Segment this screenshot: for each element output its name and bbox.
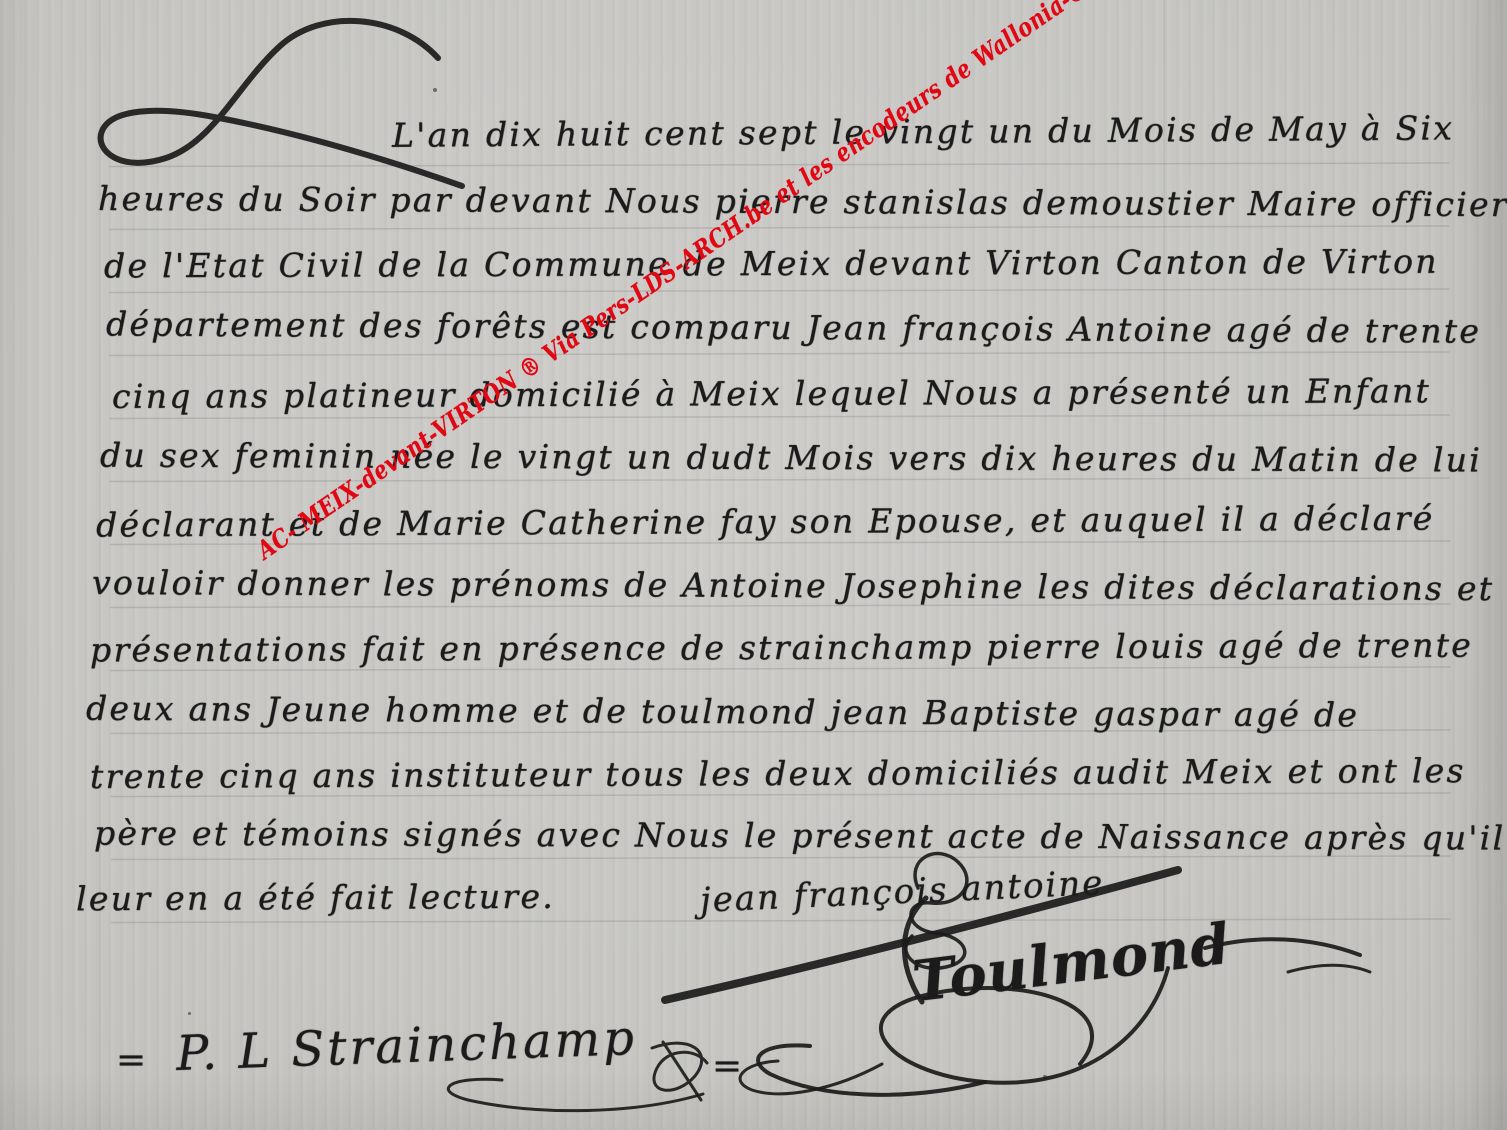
ink-speck: [188, 1012, 191, 1015]
act-line-6: du sex feminin née le vingt un dudt Mois…: [100, 436, 1482, 480]
witness-signature-equals-right: =: [712, 1046, 742, 1087]
act-line-9: présentations fait en présence de strain…: [90, 626, 1473, 670]
witness-signature-paraph: [652, 1042, 707, 1100]
act-line-3: de l'Etat Civil de la Commune de Meix de…: [104, 242, 1439, 286]
act-line-10: deux ans Jeune homme et de toulmond jean…: [86, 689, 1359, 735]
officer-signature-hook: [740, 1061, 882, 1094]
ink-speck: [1043, 1075, 1047, 1079]
officer-signature-sweep: [758, 1045, 985, 1094]
document-page: L'an dix huit cent sept le vingt un du M…: [0, 0, 1507, 1130]
witness-signature-underline: [448, 1079, 703, 1110]
officer-signature-dash-2: [1288, 965, 1370, 972]
ink-speck: [433, 88, 437, 92]
witness-signature: P. L Strainchamp: [175, 1010, 638, 1082]
act-line-13: leur en a été fait lecture.: [76, 877, 555, 919]
act-line-11: trente cinq ans instituteur tous les deu…: [90, 751, 1466, 796]
witness-signature-equals-left: =: [116, 1040, 146, 1081]
act-line-5: cinq ans platineur domicilié à Meix lequ…: [112, 371, 1431, 416]
act-line-12: père et témoins signés avec Nous le prés…: [94, 814, 1506, 858]
act-line-4: département des forêts est comparu Jean …: [106, 304, 1481, 350]
act-line-1: L'an dix huit cent sept le vingt un du M…: [392, 108, 1454, 154]
act-line-8: vouloir donner les prénoms de Antoine Jo…: [92, 563, 1494, 608]
